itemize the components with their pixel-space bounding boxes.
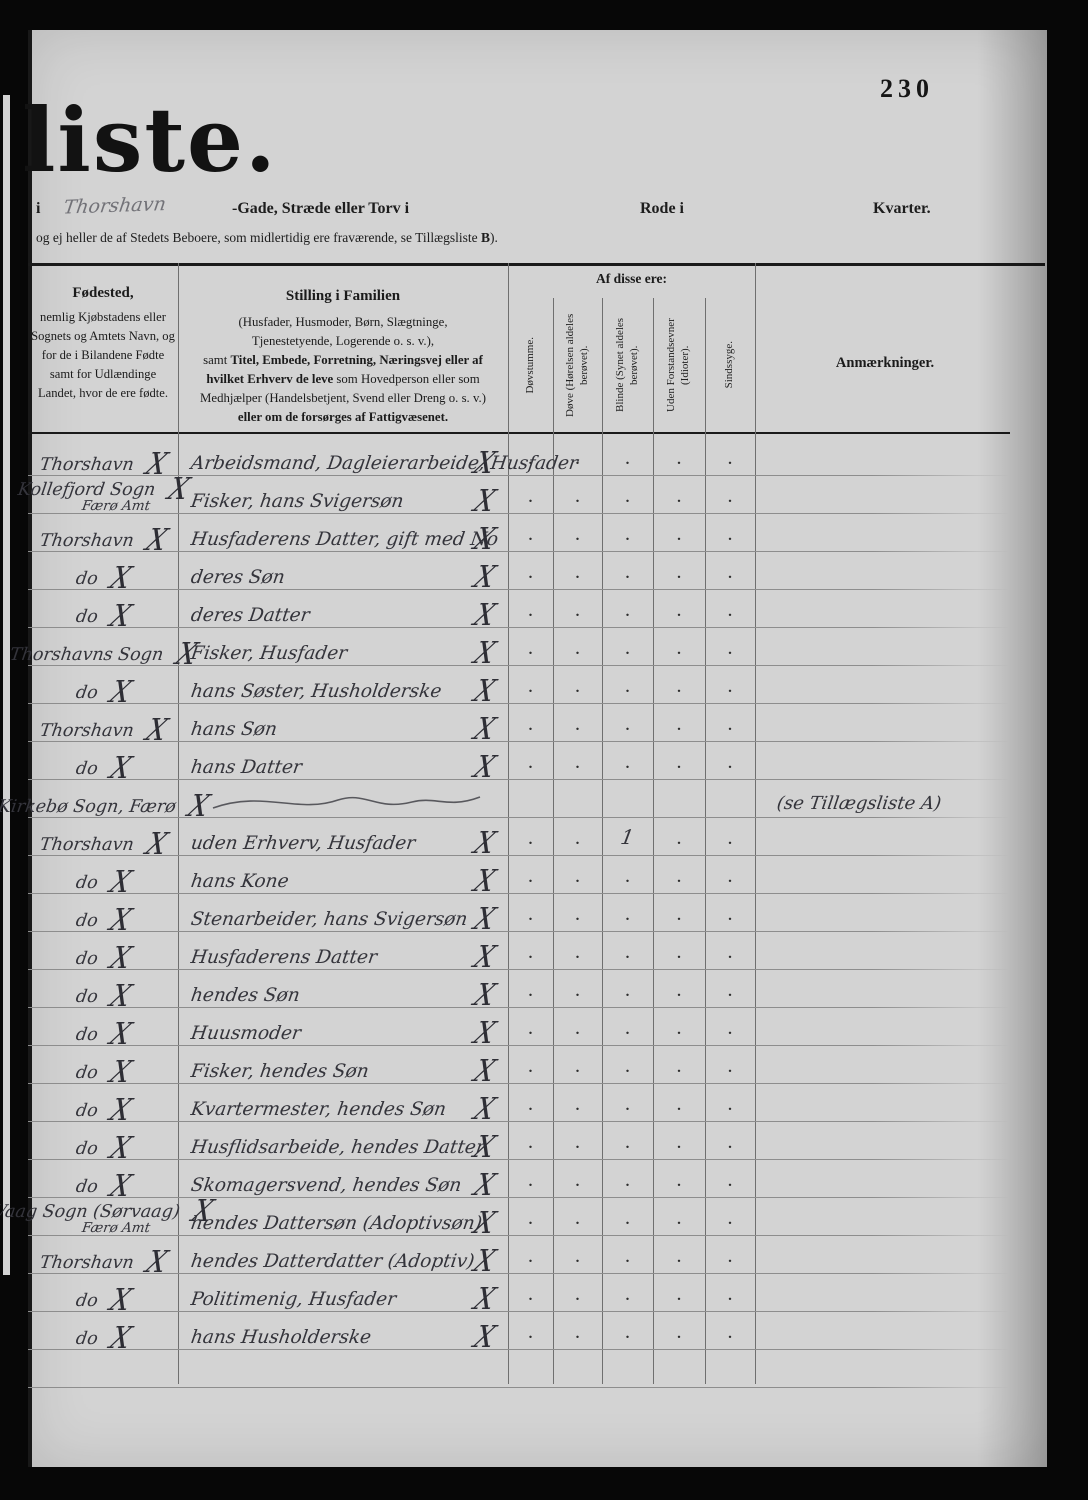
birthplace-cell: do X <box>28 970 178 1008</box>
tick-column-header-blind: Blinde (Synet aldeles berøvet). <box>602 301 653 429</box>
tick-cell-insane: . <box>705 1160 755 1198</box>
birthplace-cell: Kollefjord Sogn X Færø Amt <box>28 476 178 514</box>
tick-header-text: Døvstumme. <box>524 337 538 394</box>
tick-cell-deaf-mute: . <box>508 1046 553 1084</box>
position-text: deres Datter <box>190 605 311 626</box>
position-text: Husflidsarbeide, hendes Datter <box>190 1137 487 1158</box>
tick-cell-deaf: . <box>553 1236 602 1274</box>
remark-cell <box>755 1350 1047 1388</box>
position-header-text: samt <box>203 353 230 367</box>
tick-mark: . <box>529 832 533 849</box>
tick-cell-deaf-mute <box>508 1350 553 1388</box>
tick-mark: . <box>576 756 580 773</box>
position-cell: Politimenig, Husfader X <box>178 1274 508 1312</box>
tick-mark: . <box>677 908 681 925</box>
x-mark: X <box>472 643 498 665</box>
birthplace-column-header: Fødested, nemlig Kjøbstadens eller Sogne… <box>28 285 178 402</box>
position-cell: hendes Dattersøn (Adoptivsøn) X <box>178 1198 508 1236</box>
tick-mark: . <box>576 870 580 887</box>
x-mark: X <box>108 1062 134 1084</box>
tick-mark: . <box>626 1060 630 1077</box>
position-cell: Husfaderens Datter, gift med No X <box>178 514 508 552</box>
row-cells: do X hendes Søn X . . . . . <box>28 970 1047 1008</box>
x-mark: X <box>108 872 134 894</box>
group-header: Af disse ere: <box>508 271 755 287</box>
tick-cell-deaf-mute: . <box>508 1160 553 1198</box>
position-text: hans Kone <box>190 871 291 892</box>
birthplace-text: do <box>74 911 99 931</box>
tick-mark: . <box>626 984 630 1001</box>
tick-cell-insane: . <box>705 438 755 476</box>
tick-cell-deaf-mute: . <box>508 590 553 628</box>
tick-header-text: Uden Forstandsevner (Idioter). <box>665 302 693 428</box>
birthplace-entry: do X <box>76 1329 131 1349</box>
tick-cell-insane: . <box>705 514 755 552</box>
birthplace-cell: Kirkebø Sogn, Færø X <box>28 780 178 818</box>
birthplace-entry: do X <box>76 1025 131 1045</box>
tick-cell-idiot: . <box>653 1312 705 1350</box>
tick-mark: . <box>626 908 630 925</box>
x-mark: X <box>108 568 134 590</box>
tick-mark: . <box>728 1174 732 1191</box>
row-cells: do X Stenarbeider, hans Svigersøn X . . … <box>28 894 1047 932</box>
x-mark: X <box>108 1328 134 1350</box>
tick-cell-deaf <box>553 1350 602 1388</box>
tick-mark: . <box>576 718 580 735</box>
tick-mark: . <box>728 604 732 621</box>
row-cells: Thorshavns Sogn X Fisker, Husfader X . .… <box>28 628 1047 666</box>
birthplace-entry: do X <box>76 1139 131 1159</box>
tick-mark: . <box>728 1212 732 1229</box>
position-text: deres Søn <box>190 567 287 588</box>
tick-cell-deaf-mute: . <box>508 894 553 932</box>
remark-cell <box>755 1160 1047 1198</box>
birthplace-text: do <box>74 683 99 703</box>
tick-cell-deaf-mute: . <box>508 514 553 552</box>
tick-cell-blind: 1 <box>602 818 653 856</box>
tick-column-header-deaf-mute: Døvstumme. <box>508 301 553 429</box>
birthplace-text: Thorshavn <box>38 1253 134 1273</box>
table-row: do X deres Datter X . . . . . <box>28 590 1047 628</box>
x-mark: X <box>472 985 498 1007</box>
tick-cell-deaf-mute: . <box>508 1008 553 1046</box>
position-cell: Fisker, hendes Søn X <box>178 1046 508 1084</box>
birthplace-entry: do X <box>76 1291 131 1311</box>
position-cell: Huusmoder X <box>178 1008 508 1046</box>
x-mark: X <box>144 530 170 552</box>
position-cell: hendes Datterdatter (Adoptiv) X <box>178 1236 508 1274</box>
tick-cell-deaf-mute <box>508 780 553 818</box>
tick-cell-deaf-mute: . <box>508 628 553 666</box>
row-cells: do X hans Søster, Husholderske X . . . .… <box>28 666 1047 704</box>
position-header-line: (Husfader, Husmoder, Børn, Slægtninge, <box>180 313 506 332</box>
tick-mark: . <box>728 984 732 1001</box>
tick-cell-blind: . <box>602 742 653 780</box>
position-header-text: som Hovedperson eller som <box>333 372 479 386</box>
tick-cell-blind: . <box>602 590 653 628</box>
position-cell: Kvartermester, hendes Søn X <box>178 1084 508 1122</box>
birthplace-entry: do X <box>76 607 131 627</box>
tick-cell-deaf: . <box>553 932 602 970</box>
table-row: Thorshavn X uden Erhverv, Husfader X . .… <box>28 818 1047 856</box>
position-header-text: Medhjælper (Handelsbetjent, Svend eller … <box>200 391 486 405</box>
position-text: Politimenig, Husfader <box>190 1289 398 1310</box>
birthplace-cell: do X <box>28 932 178 970</box>
tick-mark: . <box>626 1098 630 1115</box>
tick-cell-blind: . <box>602 552 653 590</box>
tick-cell-deaf: . <box>553 1084 602 1122</box>
remark-cell <box>755 704 1047 742</box>
row-cells: do X Skomagersvend, hendes Søn X . . . .… <box>28 1160 1047 1198</box>
tick-mark: . <box>677 832 681 849</box>
tick-mark: . <box>626 1288 630 1305</box>
tick-cell-idiot: . <box>653 1274 705 1312</box>
tick-mark: . <box>728 1250 732 1267</box>
tick-cell-insane: . <box>705 666 755 704</box>
table-row: do X deres Søn X . . . . . <box>28 552 1047 590</box>
tick-mark: . <box>576 1288 580 1305</box>
position-text: Fisker, hendes Søn <box>190 1061 371 1082</box>
position-text: hans Husholderske <box>190 1327 373 1348</box>
position-cell: Husfaderens Datter X <box>178 932 508 970</box>
tick-mark: . <box>728 452 732 469</box>
birthplace-text: Thorshavn <box>38 531 134 551</box>
birthplace-entry: Thorshavn X <box>40 1253 167 1273</box>
row-cells: do X Kvartermester, hendes Søn X . . . .… <box>28 1084 1047 1122</box>
tick-header-text: Sindssyge. <box>723 341 737 388</box>
remark-cell <box>755 856 1047 894</box>
tick-mark: . <box>728 642 732 659</box>
position-cell: deres Søn X <box>178 552 508 590</box>
table-row: Kirkebø Sogn, Færø X (se Tillægsliste A) <box>28 780 1047 818</box>
tick-cell-deaf: . <box>553 1160 602 1198</box>
tick-header-text: Blinde (Synet aldeles berøvet). <box>614 302 642 428</box>
remark-text: (se Tillægsliste A) <box>776 794 943 814</box>
table-row: do X Skomagersvend, hendes Søn X . . . .… <box>28 1160 1047 1198</box>
tick-column-headers: Døvstumme. Døve (Hørelsen aldeles berøve… <box>508 301 755 429</box>
row-cells: Thorshavn X Husfaderens Datter, gift med… <box>28 514 1047 552</box>
birthplace-entry: Kollefjord Sogn X <box>18 480 189 500</box>
tick-mark: . <box>728 756 732 773</box>
x-mark: X <box>472 1099 498 1121</box>
tick-cell-blind <box>602 1350 653 1388</box>
position-cell: hans Kone X <box>178 856 508 894</box>
x-mark: X <box>472 1023 498 1045</box>
tick-mark: . <box>728 528 732 545</box>
birthplace-entry: do X <box>76 987 131 1007</box>
x-mark: X <box>108 1100 134 1122</box>
x-mark: X <box>144 834 170 856</box>
tick-mark: . <box>576 680 580 697</box>
tick-mark: . <box>529 1022 533 1039</box>
tick-mark: . <box>728 566 732 583</box>
birthplace-header-title: Fødested, <box>28 285 178 302</box>
position-header-text: Tjenestetyende, Logerende o. s. v.), <box>252 334 434 348</box>
row-cells: do X hans Datter X . . . . . <box>28 742 1047 780</box>
remark-cell <box>755 1046 1047 1084</box>
tick-cell-blind: . <box>602 894 653 932</box>
tick-cell-deaf: . <box>553 514 602 552</box>
position-cell: deres Datter X <box>178 590 508 628</box>
birthplace-cell <box>28 1350 178 1388</box>
tick-mark: . <box>677 452 681 469</box>
tick-cell-deaf: . <box>553 628 602 666</box>
remark-cell <box>755 818 1047 856</box>
tick-mark: . <box>529 604 533 621</box>
table-row: do X Fisker, hendes Søn X . . . . . <box>28 1046 1047 1084</box>
position-text: hendes Søn <box>190 985 302 1006</box>
tick-cell-idiot: . <box>653 932 705 970</box>
tick-mark: . <box>626 1250 630 1267</box>
tick-mark: . <box>529 490 533 507</box>
x-mark: X <box>108 1024 134 1046</box>
tick-cell-deaf-mute: . <box>508 1122 553 1160</box>
scanned-census-page: 230 liste. i Thorshavn -Gade, Stræde ell… <box>0 0 1088 1500</box>
table-row: Thorshavn X hans Søn X . . . . . <box>28 704 1047 742</box>
tick-mark: . <box>529 908 533 925</box>
birthplace-text: do <box>74 1101 99 1121</box>
tick-cell-idiot: . <box>653 970 705 1008</box>
position-text: hans Datter <box>190 757 304 778</box>
tick-cell-deaf: . <box>553 1198 602 1236</box>
tick-cell-idiot: . <box>653 628 705 666</box>
x-mark: X <box>144 1252 170 1274</box>
tick-mark: . <box>529 984 533 1001</box>
birthplace-text: Kirkebø Sogn, Færø <box>0 797 177 817</box>
table-row: do X Husflidsarbeide, hendes Datter X . … <box>28 1122 1047 1160</box>
tick-mark: . <box>728 1326 732 1343</box>
tick-cell-insane <box>705 1350 755 1388</box>
birthplace-text: do <box>74 1139 99 1159</box>
tick-cell-insane <box>705 780 755 818</box>
x-mark: X <box>472 909 498 931</box>
remark-cell <box>755 1312 1047 1350</box>
birthplace-cell: do X <box>28 894 178 932</box>
birthplace-text: Kollefjord Sogn <box>16 480 156 500</box>
film-edge-line <box>3 95 10 1275</box>
header-bottom-rule <box>28 432 1010 434</box>
position-text: hans Søster, Husholderske <box>190 681 443 702</box>
tick-mark: . <box>529 1060 533 1077</box>
tick-mark: . <box>677 1288 681 1305</box>
position-header-text: (Husfader, Husmoder, Børn, Slægtninge, <box>238 315 447 329</box>
table-row: do X hans Datter X . . . . . <box>28 742 1047 780</box>
x-mark: X <box>472 871 498 893</box>
tick-cell-insane: . <box>705 856 755 894</box>
census-table: Fødested, nemlig Kjøbstadens eller Sogne… <box>28 263 1047 1388</box>
table-row: do X hans Søster, Husholderske X . . . .… <box>28 666 1047 704</box>
row-cells: do X Fisker, hendes Søn X . . . . . <box>28 1046 1047 1084</box>
position-cell: Fisker, Husfader X <box>178 628 508 666</box>
tick-cell-blind: . <box>602 514 653 552</box>
tick-cell-blind: . <box>602 438 653 476</box>
tick-cell-blind: . <box>602 628 653 666</box>
birthplace-cell: Thorshavn X <box>28 1236 178 1274</box>
tick-mark: . <box>576 1022 580 1039</box>
tick-mark: . <box>677 490 681 507</box>
position-header-line: samt Titel, Embede, Forretning, Næringsv… <box>180 351 506 370</box>
birthplace-cell: do X <box>28 552 178 590</box>
x-mark: X <box>472 719 498 741</box>
position-cell: Arbeidsmand, Dagleierarbeide, Husfader X <box>178 438 508 476</box>
tick-mark: . <box>626 1136 630 1153</box>
position-text: hans Søn <box>190 719 279 740</box>
birthplace-cell: Vaag Sogn (Sørvaag) X Færø Amt <box>28 1198 178 1236</box>
tick-cell-deaf-mute: . <box>508 932 553 970</box>
tick-mark: . <box>626 604 630 621</box>
tick-mark: . <box>728 680 732 697</box>
birthplace-cell: do X <box>28 590 178 628</box>
tick-cell-deaf-mute: . <box>508 1312 553 1350</box>
tick-cell-blind: . <box>602 1312 653 1350</box>
tick-mark: . <box>626 1022 630 1039</box>
table-row <box>28 1350 1047 1388</box>
tick-cell-idiot: . <box>653 1008 705 1046</box>
birthplace-cell: do X <box>28 1046 178 1084</box>
remark-cell <box>755 476 1047 514</box>
birthplace-entry: Thorshavns Sogn X <box>10 645 196 665</box>
row-cells <box>28 1350 1047 1388</box>
tick-cell-blind: . <box>602 1160 653 1198</box>
tick-cell-insane: . <box>705 1008 755 1046</box>
birthplace-cell: do X <box>28 666 178 704</box>
tick-mark: . <box>529 870 533 887</box>
position-header-text: eller om de forsørges af Fattigvæsenet. <box>238 410 448 424</box>
x-mark: X <box>108 910 134 932</box>
tick-cell-blind: . <box>602 1236 653 1274</box>
tick-cell-idiot: . <box>653 476 705 514</box>
tick-cell-deaf: . <box>553 1046 602 1084</box>
position-header-text: Titel, Embede, Forretning, Næringsvej el… <box>231 353 483 367</box>
tick-cell-insane: . <box>705 818 755 856</box>
tick-mark: . <box>677 1212 681 1229</box>
tick-mark: . <box>576 528 580 545</box>
tick-cell-insane: . <box>705 1084 755 1122</box>
tick-mark: . <box>728 1288 732 1305</box>
tick-cell-idiot: . <box>653 552 705 590</box>
tick-cell-blind: . <box>602 1084 653 1122</box>
birthplace-entry: Thorshavn X <box>40 531 167 551</box>
birthplace-text: do <box>74 949 99 969</box>
tick-mark: . <box>626 1326 630 1343</box>
tick-mark: . <box>576 1174 580 1191</box>
tick-cell-insane: . <box>705 1274 755 1312</box>
position-text: Husfaderens Datter <box>190 947 379 968</box>
birthplace-cell: Thorshavn X <box>28 438 178 476</box>
birthplace-cell: do X <box>28 1008 178 1046</box>
row-cells: do X hans Kone X . . . . . <box>28 856 1047 894</box>
tick-mark: . <box>529 1174 533 1191</box>
tick-mark: . <box>677 718 681 735</box>
tick-mark: . <box>576 984 580 1001</box>
tick-mark: . <box>576 832 580 849</box>
position-text: Skomagersvend, hendes Søn <box>190 1175 463 1196</box>
birthplace-text: Thorshavns Sogn <box>8 645 164 665</box>
tick-mark: . <box>576 1326 580 1343</box>
tick-mark: . <box>626 528 630 545</box>
x-mark: X <box>472 1289 498 1311</box>
x-mark: X <box>472 1327 498 1349</box>
position-text: hendes Datterdatter (Adoptiv) <box>190 1251 476 1272</box>
tick-mark: . <box>677 680 681 697</box>
table-row: do X hans Husholderske X . . . . . <box>28 1312 1047 1350</box>
remark-cell <box>755 970 1047 1008</box>
birthplace-entry: Thorshavn X <box>40 835 167 855</box>
tick-mark: . <box>529 1326 533 1343</box>
x-mark: X <box>472 833 498 855</box>
tick-mark: . <box>728 832 732 849</box>
tick-header-text: Døve (Hørelsen aldeles berøvet). <box>564 302 592 428</box>
birthplace-sub-text: Færø Amt <box>55 1222 151 1235</box>
remark-cell <box>755 1084 1047 1122</box>
birthplace-cell: Thorshavn X <box>28 514 178 552</box>
tick-mark: . <box>677 1060 681 1077</box>
tick-cell-deaf: . <box>553 970 602 1008</box>
tick-cell-deaf: . <box>553 1312 602 1350</box>
tick-mark: . <box>728 908 732 925</box>
tick-mark: . <box>529 642 533 659</box>
x-mark: X <box>472 947 498 969</box>
tick-cell-idiot <box>653 780 705 818</box>
exclusion-note-bold: B <box>481 230 490 245</box>
row-cells: Thorshavn X hans Søn X . . . . . <box>28 704 1047 742</box>
remark-cell <box>755 1008 1047 1046</box>
tick-cell-insane: . <box>705 590 755 628</box>
tick-cell-blind <box>602 780 653 818</box>
tick-cell-idiot: . <box>653 590 705 628</box>
tick-cell-deaf <box>553 780 602 818</box>
table-row: do X hendes Søn X . . . . . <box>28 970 1047 1008</box>
tick-cell-deaf-mute: . <box>508 476 553 514</box>
tick-cell-deaf: . <box>553 1008 602 1046</box>
address-prefix: i <box>36 200 40 218</box>
position-cell: hans Søster, Husholderske X <box>178 666 508 704</box>
table-row: Thorshavn X hendes Datterdatter (Adoptiv… <box>28 1236 1047 1274</box>
tick-cell-blind: . <box>602 704 653 742</box>
tick-cell-idiot: . <box>653 1236 705 1274</box>
row-cells: Thorshavn X hendes Datterdatter (Adoptiv… <box>28 1236 1047 1274</box>
tick-mark: . <box>677 1098 681 1115</box>
tick-cell-insane: . <box>705 1046 755 1084</box>
tick-mark: . <box>576 1212 580 1229</box>
tick-mark: . <box>529 680 533 697</box>
table-row: do X Huusmoder X . . . . . <box>28 1008 1047 1046</box>
row-cells: Kirkebø Sogn, Færø X (se Tillægsliste A) <box>28 780 1047 818</box>
street-label: -Gade, Stræde eller Torv i <box>232 200 409 218</box>
birthplace-cell: do X <box>28 856 178 894</box>
table-row: Thorshavn X Arbeidsmand, Dagleierarbeide… <box>28 438 1047 476</box>
position-text: Kvartermester, hendes Søn <box>190 1099 448 1120</box>
position-text: hendes Dattersøn (Adoptivsøn) <box>190 1213 484 1234</box>
birthplace-cell: Thorshavns Sogn X <box>28 628 178 666</box>
tick-mark: . <box>728 946 732 963</box>
tick-mark: . <box>576 1250 580 1267</box>
table-row: do X Politimenig, Husfader X . . . . . <box>28 1274 1047 1312</box>
row-cells: do X hans Husholderske X . . . . . <box>28 1312 1047 1350</box>
remarks-column-header: Anmærkninger. <box>755 355 1015 372</box>
tick-column-header-idiot: Uden Forstandsevner (Idioter). <box>653 301 705 429</box>
position-header-title: Stilling i Familien <box>180 285 506 308</box>
tick-mark: . <box>677 756 681 773</box>
tick-mark: . <box>529 756 533 773</box>
row-cells: do X deres Søn X . . . . . <box>28 552 1047 590</box>
birthplace-text: do <box>74 1177 99 1197</box>
table-body: Thorshavn X Arbeidsmand, Dagleierarbeide… <box>28 438 1047 1388</box>
remark-cell: (se Tillægsliste A) <box>755 780 1047 818</box>
position-header-text: hvilket Erhverv de leve <box>206 372 333 386</box>
row-cells: do X Huusmoder X . . . . . <box>28 1008 1047 1046</box>
position-cell: hendes Søn X <box>178 970 508 1008</box>
